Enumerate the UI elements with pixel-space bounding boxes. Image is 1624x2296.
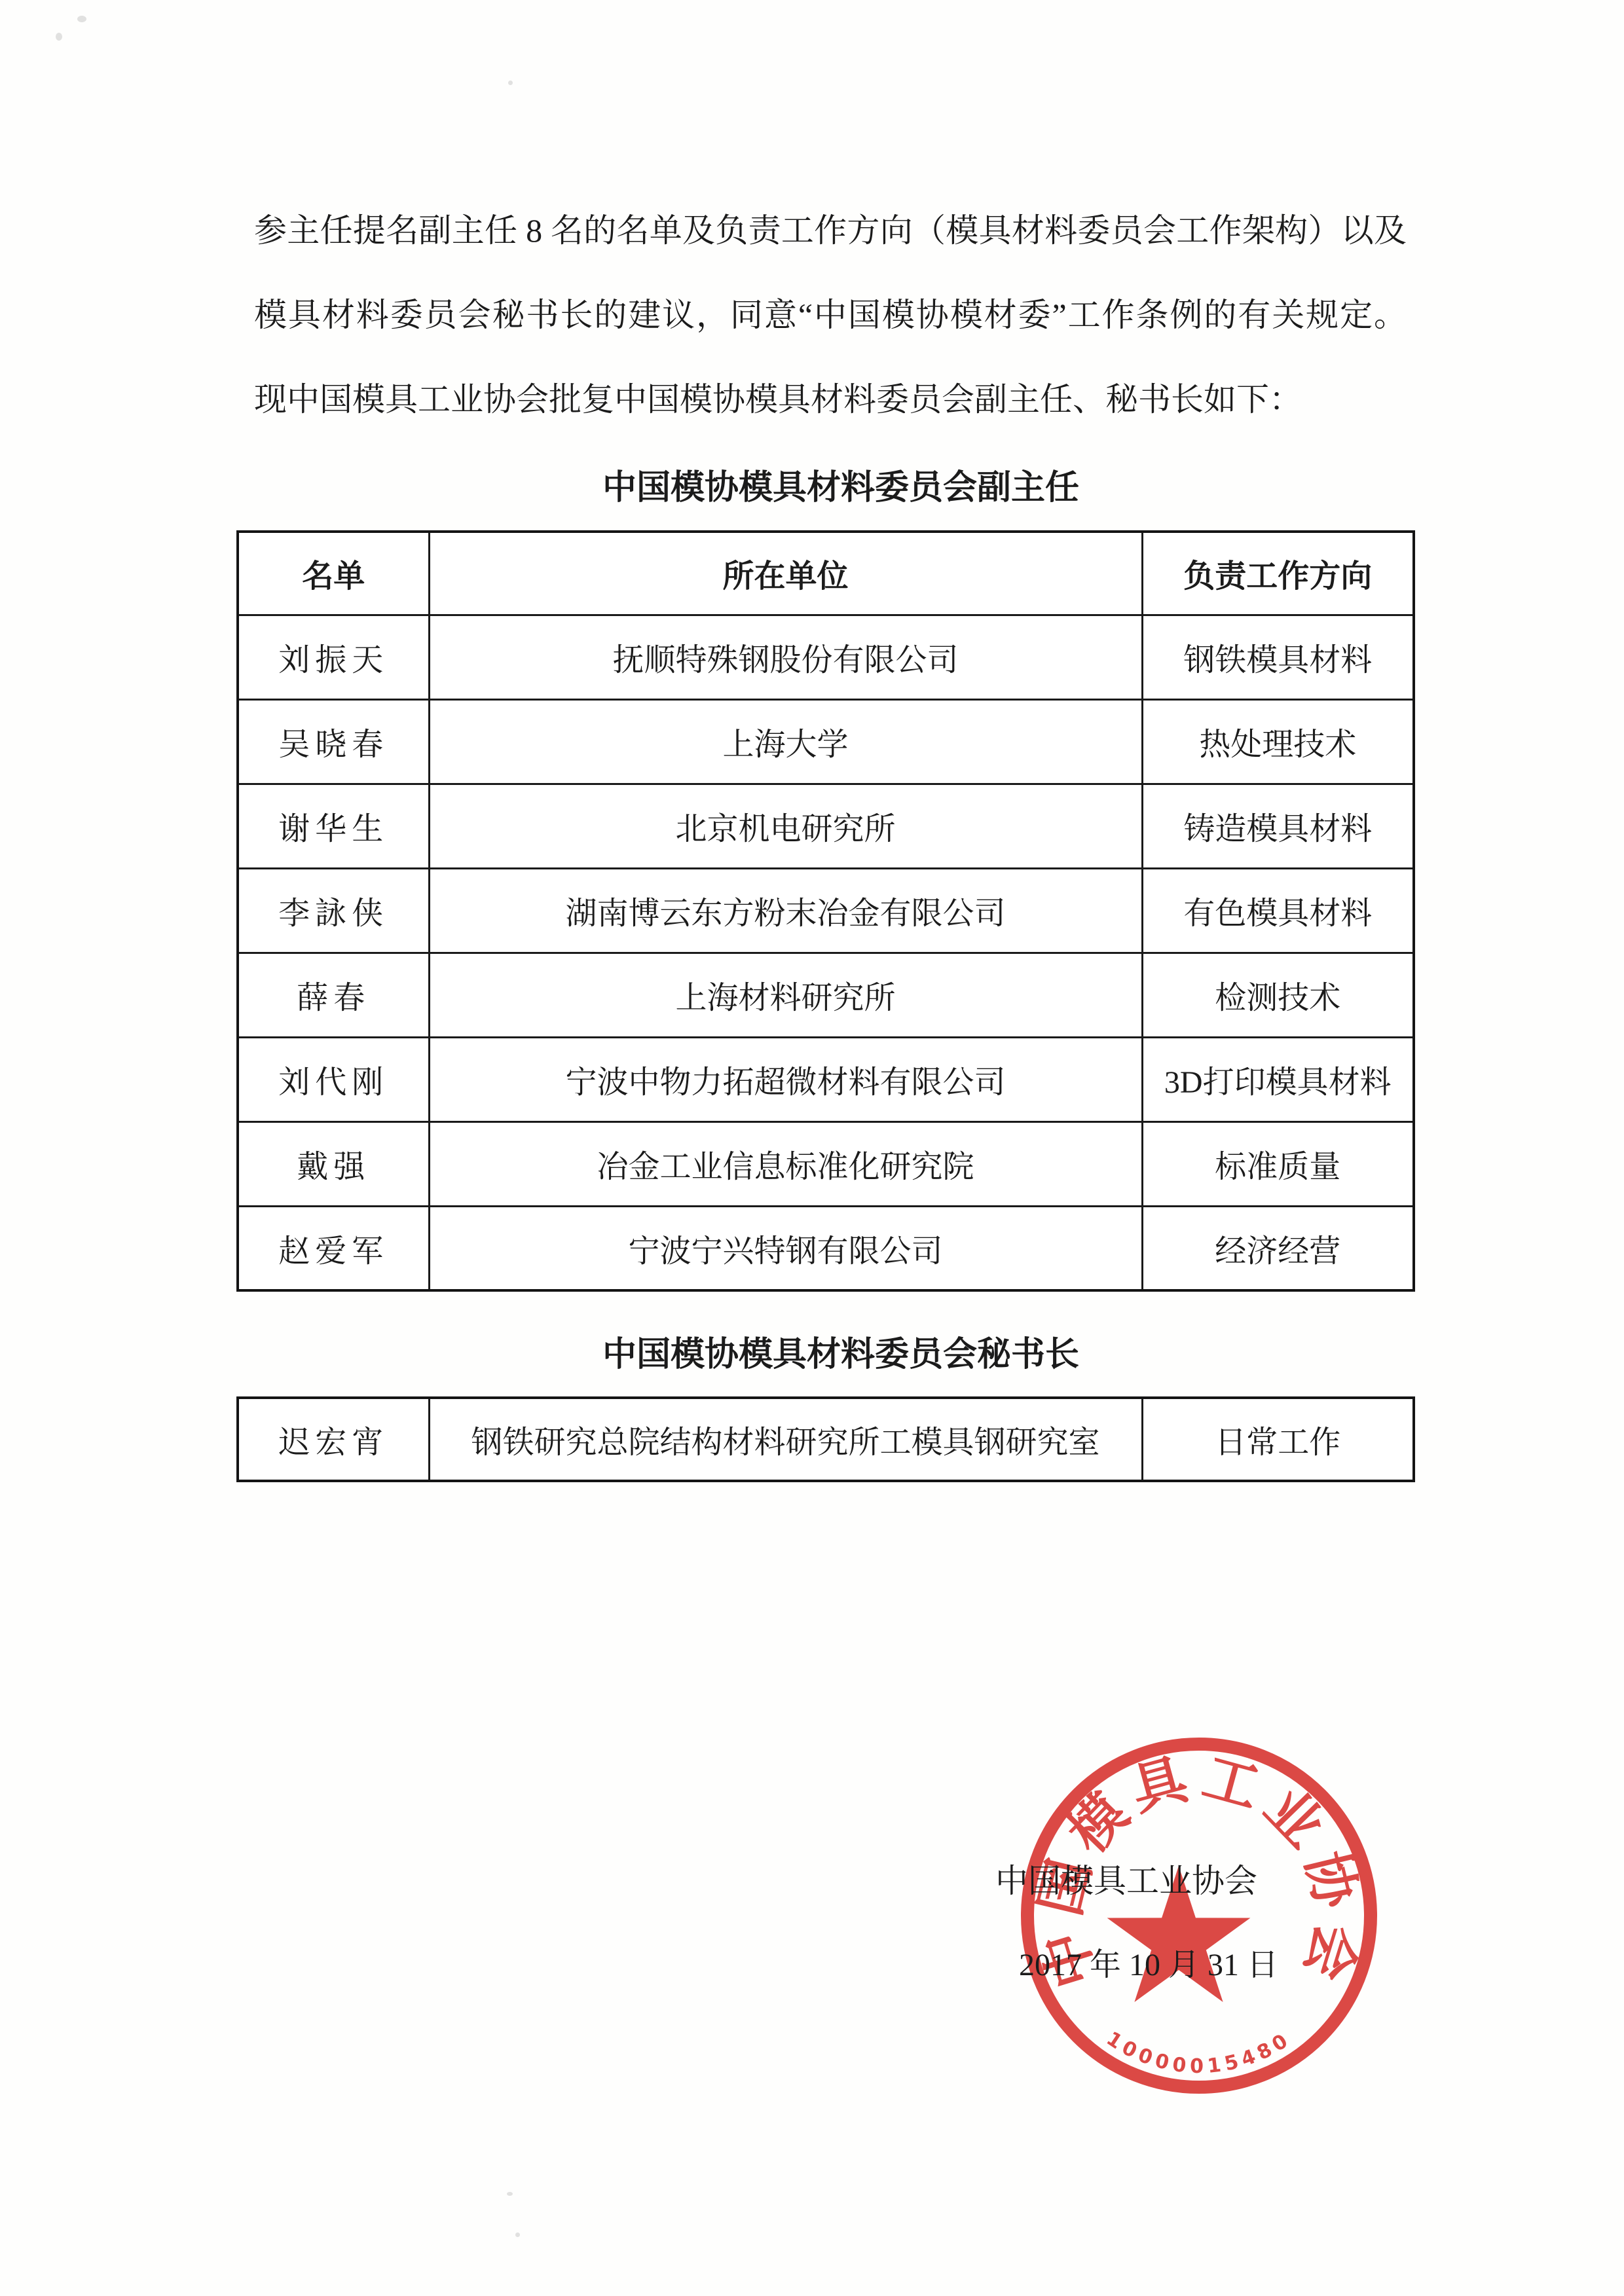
work-direction-cell: 检测技术	[1142, 953, 1414, 1037]
official-seal-stamp: 中国模具工业协会 1100000154809	[1016, 1732, 1382, 2099]
work-direction-cell: 标准质量	[1142, 1121, 1414, 1206]
name-cell: 刘代刚	[238, 1037, 429, 1121]
name-cell: 赵爱军	[238, 1206, 429, 1290]
deputy-director-row: 刘振天 抚顺特殊钢股份有限公司 钢铁模具材料	[238, 615, 1414, 699]
scanned-document-page: 参主任提名副主任 8 名的名单及负责工作方向（模具材料委员会工作架构）以及 模具…	[0, 0, 1624, 2296]
deputy-director-row: 李詠侠 湖南博云东方粉末冶金有限公司 有色模具材料	[238, 868, 1414, 953]
body-paragraph: 参主任提名副主任 8 名的名单及负责工作方向（模具材料委员会工作架构）以及 模具…	[254, 189, 1407, 442]
paragraph-line: 参主任提名副主任 8 名的名单及负责工作方向（模具材料委员会工作架构）以及	[254, 189, 1407, 273]
deputy-table-title: 中国模协模具材料委员会副主任	[0, 467, 1624, 509]
table-header-row: 名单 所在单位 负责工作方向	[238, 532, 1414, 615]
scan-artifact	[507, 2192, 513, 2196]
name-cell: 李詠侠	[238, 868, 429, 953]
work-direction-cell: 日常工作	[1142, 1398, 1414, 1481]
name-cell: 刘振天	[238, 615, 429, 699]
scan-artifact	[515, 2232, 520, 2237]
organization-cell: 宁波宁兴特钢有限公司	[429, 1206, 1142, 1290]
organization-cell: 北京机电研究所	[429, 784, 1142, 868]
work-direction-cell: 3D打印模具材料	[1142, 1037, 1414, 1121]
signature-date: 2017 年 10 月 31 日	[1019, 1939, 1278, 1984]
name-cell: 吴晓春	[238, 699, 429, 784]
deputy-director-row: 刘代刚 宁波中物力拓超微材料有限公司 3D打印模具材料	[238, 1037, 1414, 1121]
organization-cell: 冶金工业信息标准化研究院	[429, 1121, 1142, 1206]
header-name: 名单	[238, 532, 429, 615]
deputy-director-row: 薛春 上海材料研究所 检测技术	[238, 953, 1414, 1037]
name-cell: 戴强	[238, 1121, 429, 1206]
header-organization: 所在单位	[429, 532, 1142, 615]
organization-cell: 宁波中物力拓超微材料有限公司	[429, 1037, 1142, 1121]
deputy-director-row: 戴强 冶金工业信息标准化研究院 标准质量	[238, 1121, 1414, 1206]
scan-artifact	[508, 81, 513, 85]
name-cell: 迟宏宵	[238, 1398, 429, 1481]
scan-artifact	[77, 16, 86, 22]
organization-cell: 上海材料研究所	[429, 953, 1142, 1037]
secretary-table-title: 中国模协模具材料委员会秘书长	[0, 1334, 1624, 1376]
name-cell: 薛春	[238, 953, 429, 1037]
work-direction-cell: 热处理技术	[1142, 699, 1414, 784]
deputy-director-row: 吴晓春 上海大学 热处理技术	[238, 699, 1414, 784]
organization-cell: 抚顺特殊钢股份有限公司	[429, 615, 1142, 699]
deputy-director-row: 谢华生 北京机电研究所 铸造模具材料	[238, 784, 1414, 868]
work-direction-cell: 钢铁模具材料	[1142, 615, 1414, 699]
signature-organization: 中国模具工业协会	[995, 1855, 1257, 1902]
deputy-director-row: 赵爱军 宁波宁兴特钢有限公司 经济经营	[238, 1206, 1414, 1290]
organization-cell: 钢铁研究总院结构材料研究所工模具钢研究室	[429, 1398, 1142, 1481]
name-cell: 谢华生	[238, 784, 429, 868]
deputy-directors-table: 名单 所在单位 负责工作方向 刘振天 抚顺特殊钢股份有限公司 钢铁模具材料 吴晓…	[236, 530, 1415, 1292]
work-direction-cell: 经济经营	[1142, 1206, 1414, 1290]
secretary-row: 迟宏宵 钢铁研究总院结构材料研究所工模具钢研究室 日常工作	[238, 1398, 1414, 1481]
paragraph-line: 现中国模具工业协会批复中国模协模具材料委员会副主任、秘书长如下：	[254, 357, 1407, 442]
scan-artifact	[56, 33, 62, 41]
paragraph-line: 模具材料委员会秘书长的建议，同意“中国模协模材委”工作条例的有关规定。	[254, 273, 1407, 357]
organization-cell: 湖南博云东方粉末冶金有限公司	[429, 868, 1142, 953]
secretary-table: 迟宏宵 钢铁研究总院结构材料研究所工模具钢研究室 日常工作	[236, 1396, 1415, 1482]
work-direction-cell: 铸造模具材料	[1142, 784, 1414, 868]
header-work-direction: 负责工作方向	[1142, 532, 1414, 615]
organization-cell: 上海大学	[429, 699, 1142, 784]
work-direction-cell: 有色模具材料	[1142, 868, 1414, 953]
